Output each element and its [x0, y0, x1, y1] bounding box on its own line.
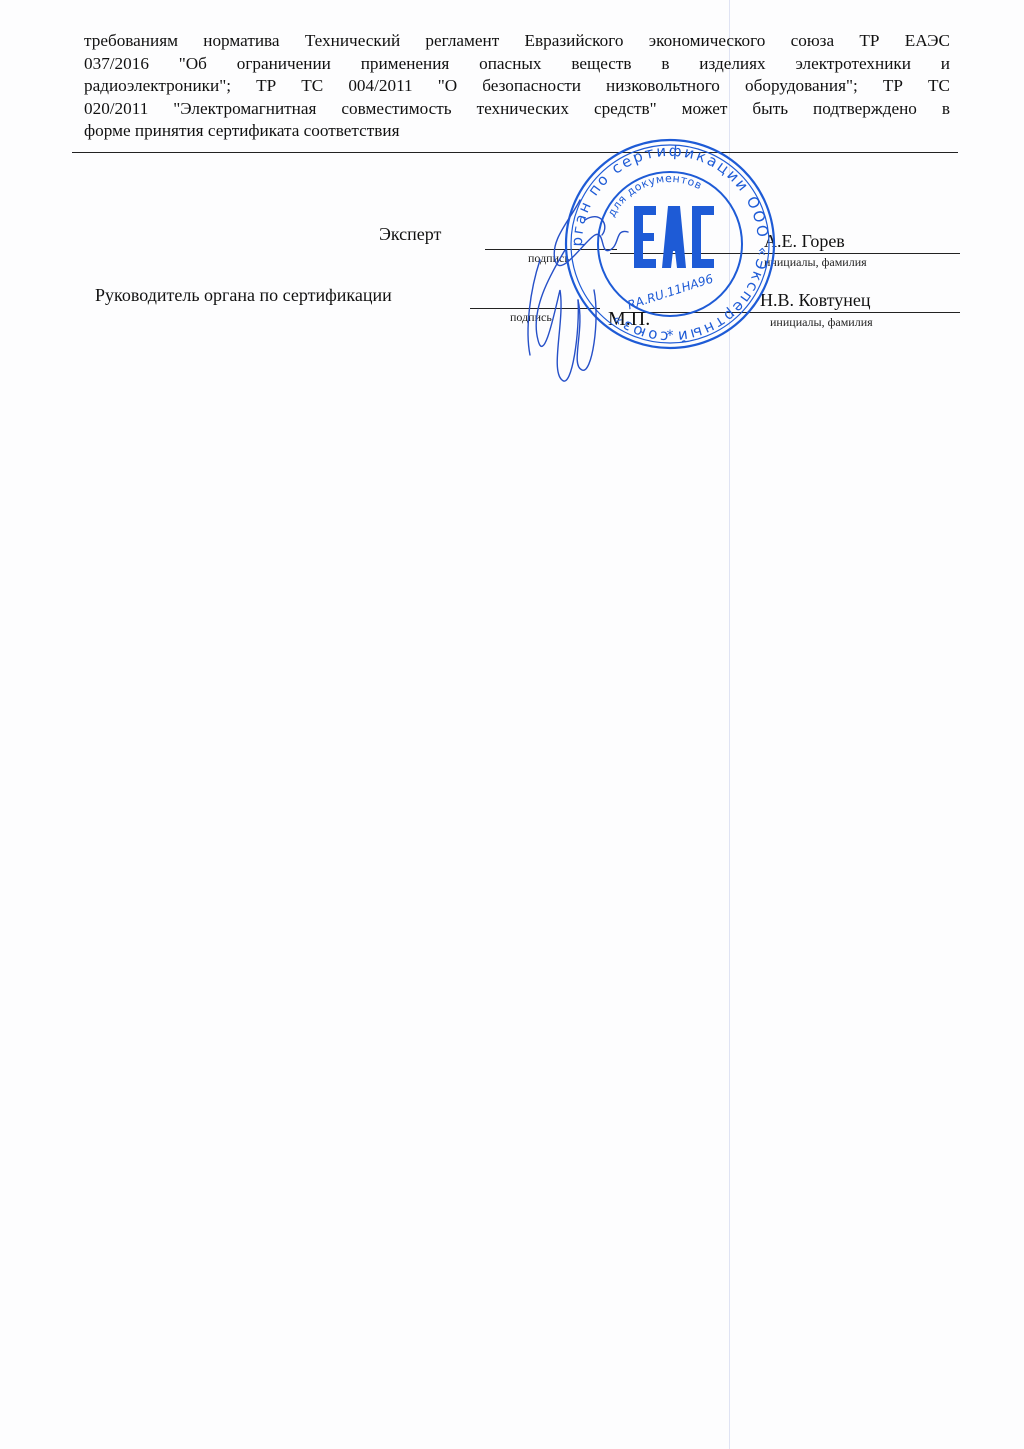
paragraph-line: 037/2016 "Об ограничении применения опас…	[84, 53, 950, 76]
paragraph-line: 020/2011 "Электромагнитная совместимость…	[84, 98, 950, 121]
section-divider	[72, 152, 958, 153]
head-name-caption: инициалы, фамилия	[770, 315, 873, 330]
svg-text:*: *	[667, 328, 674, 344]
body-paragraph: требованиям норматива Технический реглам…	[84, 30, 950, 143]
paragraph-line: радиоэлектроники"; ТР ТС 004/2011 "О без…	[84, 75, 950, 98]
expert-name-caption: инициалы, фамилия	[764, 255, 867, 270]
paragraph-line: требованиям норматива Технический реглам…	[84, 30, 950, 53]
head-role-label: Руководитель органа по сертификации	[95, 285, 392, 306]
paragraph-line: форме принятия сертификата соответствия	[84, 120, 950, 143]
expert-role-label: Эксперт	[379, 224, 441, 245]
handwritten-signature-icon	[510, 180, 650, 400]
